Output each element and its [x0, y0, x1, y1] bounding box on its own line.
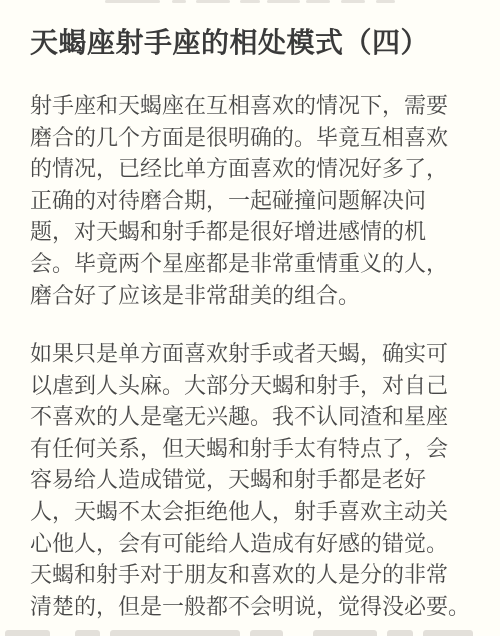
cropped-text-remnant: [75, 630, 100, 636]
cropped-text-remnant: [105, 0, 160, 3]
cropped-text-remnant: [250, 630, 283, 636]
article-title: 天蝎座射手座的相处模式（四）: [30, 21, 429, 61]
cropped-text-remnant: [376, 0, 395, 3]
cropped-text-remnant: [196, 0, 230, 3]
cropped-text-remnant: [240, 0, 260, 3]
article-page: 天蝎座射手座的相处模式（四） 射手座和天蝎座在互相喜欢的情况下，需要 磨合的几个…: [0, 0, 500, 636]
cropped-text-top-row: [0, 0, 500, 5]
cropped-text-remnant: [172, 0, 186, 3]
cropped-text-remnant: [423, 630, 473, 636]
cropped-text-remnant: [313, 630, 377, 636]
cropped-text-remnant: [110, 630, 240, 636]
cropped-text-remnant: [387, 630, 413, 636]
cropped-text-bottom-row: [0, 629, 500, 636]
cropped-text-remnant: [306, 0, 330, 3]
cropped-text-remnant: [341, 0, 365, 3]
cropped-text-remnant: [5, 630, 50, 636]
article-paragraph-2: 如果只是单方面喜欢射手或者天蝎，确实可 以虐到人头麻。大部分天蝎和射手，对自己 …: [30, 338, 482, 622]
article-paragraph-1: 射手座和天蝎座在互相喜欢的情况下，需要 磨合的几个方面是很明确的。毕竟互相喜欢 …: [30, 90, 482, 311]
cropped-text-remnant: [267, 0, 300, 3]
